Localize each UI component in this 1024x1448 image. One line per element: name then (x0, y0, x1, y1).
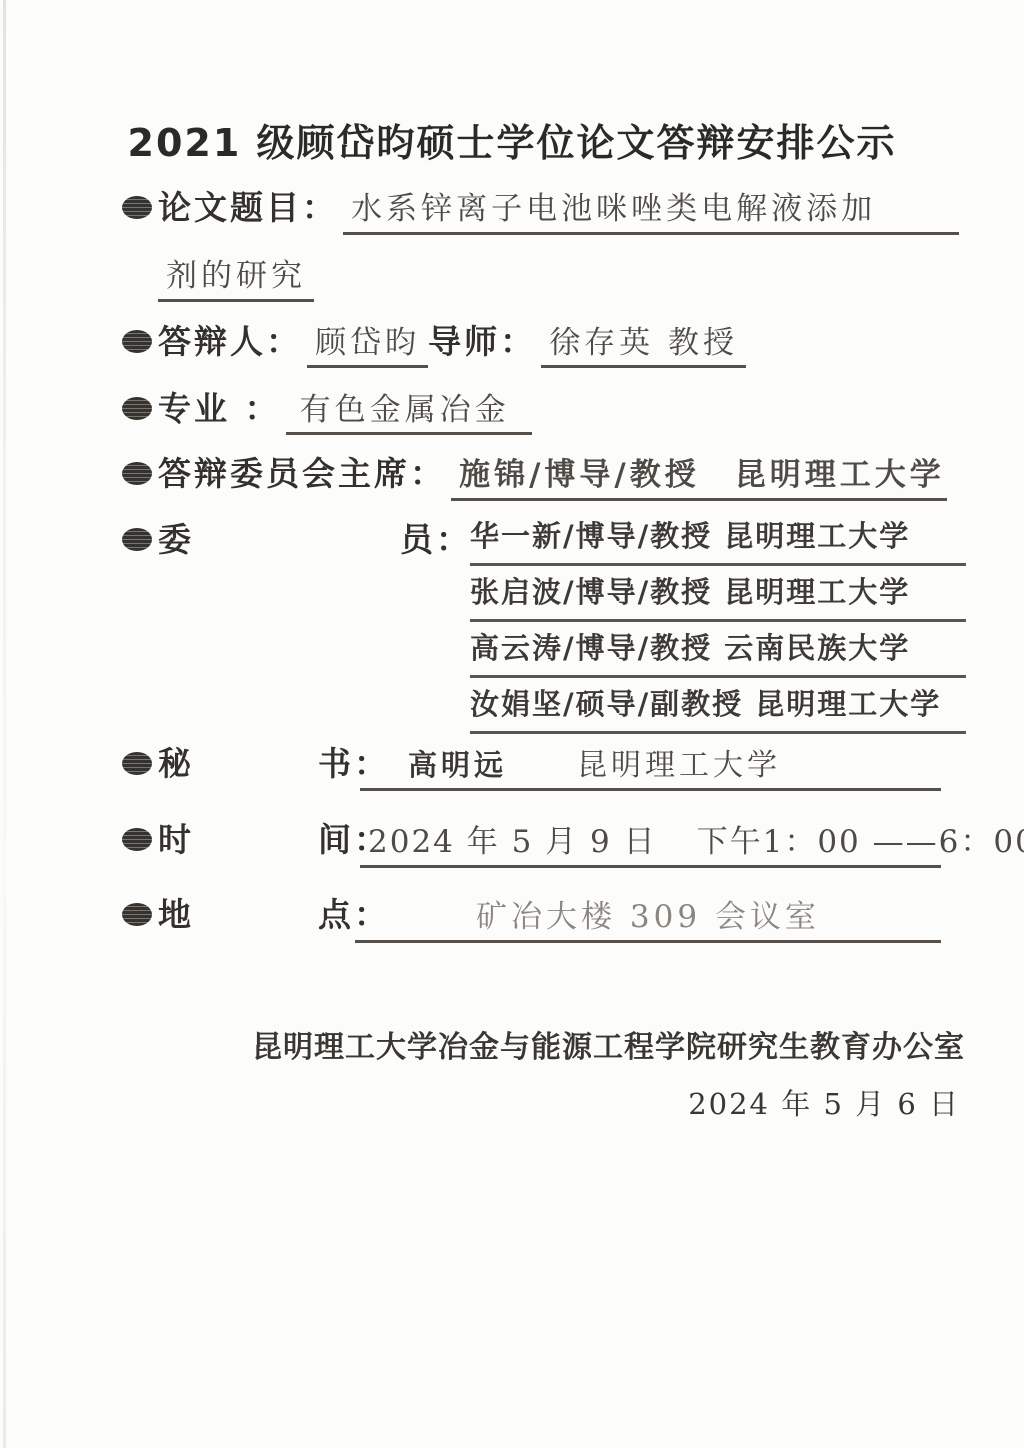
bullet-icon (122, 196, 152, 219)
thesis-title-value-line1: 水系锌离子电池咪唑类电解液添加 (343, 183, 959, 235)
major-value: 有色金属冶金 (286, 392, 532, 435)
location-value-row: 矿冶大楼 309 会议室 (355, 891, 941, 943)
committee-label-left-row: 委 (158, 514, 194, 561)
time-label-left: 时 (158, 820, 194, 859)
bullet-icon (122, 397, 152, 420)
thesis-title-label: 论文题目： (158, 188, 338, 227)
page-title: 2021 级顾岱昀硕士学位论文答辩安排公示 (0, 112, 1024, 167)
secretary-label-left: 秘 (158, 744, 194, 783)
bullet-icon (122, 330, 152, 353)
committee-member: 高云涛/博导/教授 云南民族大学 (470, 626, 966, 678)
committee-member: 汝娟坚/硕导/副教授 昆明理工大学 (470, 682, 966, 734)
committee-member-list: 华一新/博导/教授 昆明理工大学 张启波/博导/教授 昆明理工大学 高云涛/博导… (470, 514, 966, 738)
committee-label-right: 员： (400, 520, 472, 559)
location-value: 矿冶大楼 309 会议室 (355, 891, 941, 943)
committee-label-left: 委 (158, 520, 194, 559)
committee-member: 华一新/博导/教授 昆明理工大学 (470, 514, 966, 566)
bullet-icon (122, 462, 152, 485)
defender-row: 答辩人： 顾岱昀导师： 徐存英 教授 (158, 316, 746, 363)
bullet-icon (122, 528, 152, 551)
secretary-row: 秘 (158, 738, 194, 785)
major-row: 专业 ： 有色金属冶金 (158, 383, 532, 430)
secretary-affiliation: 昆明理工大学 (577, 748, 781, 783)
time-date: 2024 年 5 月 9 日 (368, 824, 657, 860)
chair-row: 答辩委员会主席： 施锦/博导/教授 昆明理工大学 (158, 448, 947, 501)
committee-member: 张启波/博导/教授 昆明理工大学 (470, 570, 966, 622)
time-range: 下午1：00 ——6：00 (697, 824, 1024, 860)
footer-date: 2024 年 5 月 6 日 (688, 1082, 960, 1123)
thesis-title-value-line2: 剂的研究 (158, 250, 314, 302)
location-label-left: 地 (158, 895, 194, 934)
thesis-title-row-line2: 剂的研究 (158, 250, 314, 302)
defender-label: 答辩人： (158, 322, 302, 361)
major-label: 专业 ： (158, 389, 281, 428)
secretary-name: 高明远 (408, 748, 507, 782)
advisor-name: 徐存英 教授 (541, 325, 746, 368)
secretary-value-row: 高明远昆明理工大学 (360, 740, 941, 791)
scan-edge-artifact (3, 0, 6, 1448)
thesis-title-row: 论文题目： 水系锌离子电池咪唑类电解液添加 (158, 182, 959, 235)
bullet-icon (122, 752, 152, 775)
bullet-icon (122, 828, 152, 851)
chair-value: 施锦/博导/教授 昆明理工大学 (451, 449, 947, 501)
footer-office: 昆明理工大学冶金与能源工程学院研究生教育办公室 (252, 1022, 965, 1066)
location-row: 地 (158, 889, 194, 936)
scanned-announcement-page: 2021 级顾岱昀硕士学位论文答辩安排公示 论文题目： 水系锌离子电池咪唑类电解… (0, 0, 1024, 1448)
chair-label: 答辩委员会主席： (158, 454, 446, 493)
defender-name: 顾岱昀 (307, 325, 428, 368)
advisor-label: 导师： (428, 322, 536, 361)
time-value-row: 2024 年 5 月 9 日下午1：00 ——6：00 (360, 816, 941, 868)
committee-label-right-row: 员： (400, 514, 472, 561)
bullet-icon (122, 903, 152, 926)
time-row: 时 (158, 814, 194, 861)
